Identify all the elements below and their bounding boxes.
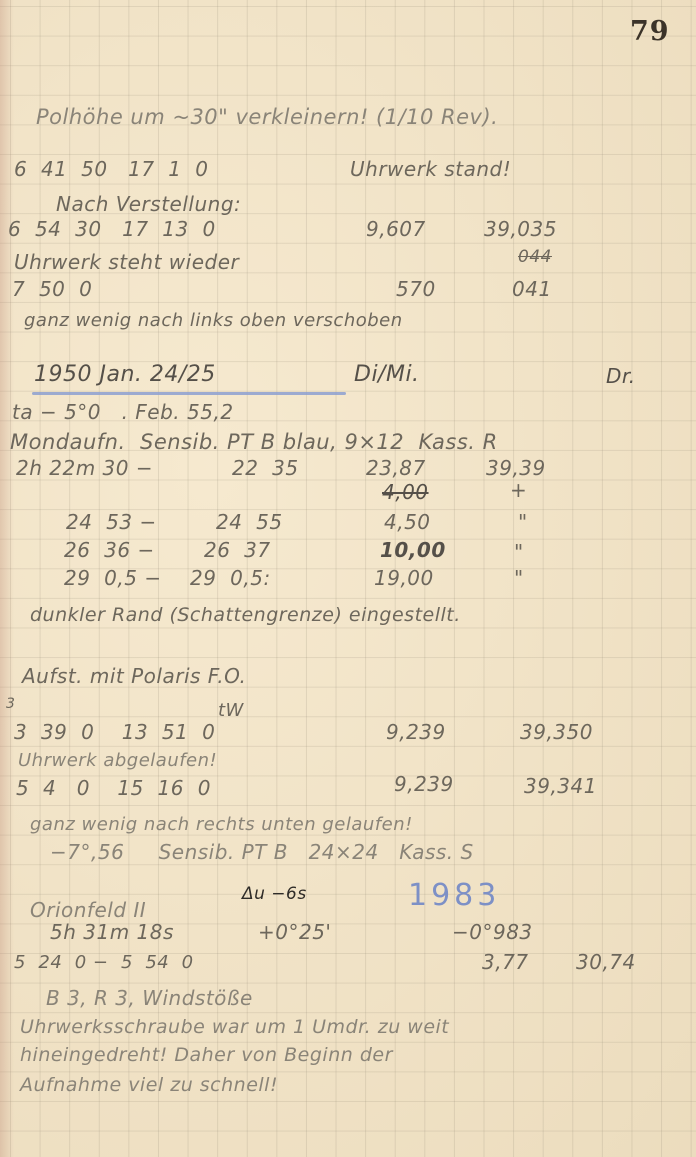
moon-row-2-value-1: 4,00 <box>382 480 429 504</box>
field-heading: Orionfeld II <box>30 898 146 922</box>
field-row-value-2: 30,74 <box>576 950 636 974</box>
moon-row-4-end: 26 37 <box>204 538 271 562</box>
blue-underline <box>32 392 346 395</box>
polaris-row-2-time: 5 4 0 15 16 0 <box>16 776 211 800</box>
row3-value-1: 570 <box>396 277 436 301</box>
observer-mark: Dr. <box>606 364 636 388</box>
blue-year: 1983 <box>408 878 500 913</box>
polaris-row-2-value-2: 39,341 <box>524 774 597 798</box>
row2-value-2: 39,035 <box>484 217 557 241</box>
film-line: −7°,56 Sensib. PT B 24×24 Kass. S <box>50 840 474 864</box>
tw-label: tW <box>218 700 244 721</box>
delta-u: Δu −6s <box>242 884 307 904</box>
moon-row-3-value-2: " <box>518 510 528 534</box>
moon-row-3-end: 24 55 <box>216 510 283 534</box>
moon-row-5-value-1: 19,00 <box>374 566 434 590</box>
closing-note-4: Aufnahme viel zu schnell! <box>20 1074 278 1096</box>
moon-row-5-start: 29 0,5 − <box>64 566 162 590</box>
moon-row-1-value-2: 39,39 <box>486 456 546 480</box>
polaris-row-1-time: 3 39 0 13 51 0 <box>14 720 215 744</box>
row3-note: ganz wenig nach links oben verschoben <box>24 310 403 331</box>
moon-row-5-value-2: " <box>514 566 524 590</box>
date-heading: 1950 Jan. 24/25 <box>34 362 216 387</box>
moon-row-1-end: 22 35 <box>232 456 299 480</box>
field-row-value-1: 3,77 <box>482 950 529 974</box>
polaris-note-1: Uhrwerk abgelaufen! <box>18 750 217 771</box>
field-ra: 5h 31m 18s <box>50 920 174 944</box>
page-edge-stain <box>0 0 14 1157</box>
row3-value-2: 041 <box>512 277 552 301</box>
field-row-time: 5 24 0 − 5 54 0 <box>14 952 194 973</box>
moon-row-4-start: 26 36 − <box>64 538 155 562</box>
field-value: −0°983 <box>452 920 533 944</box>
polaris-row-1-value-1: 9,239 <box>386 720 446 744</box>
polaris-row-2-value-1: 9,239 <box>394 772 454 796</box>
closing-note-2: Uhrwerksschraube war um 1 Umdr. zu weit <box>20 1016 449 1038</box>
moon-row-1-value-1: 23,87 <box>366 456 426 480</box>
polaris-row-1-value-2: 39,350 <box>520 720 593 744</box>
row1-time: 6 41 50 17 1 0 <box>14 157 208 181</box>
row2-time: 6 54 30 17 13 0 <box>8 217 216 241</box>
closing-note-3: hineingedreht! Daher von Beginn der <box>20 1044 393 1066</box>
moon-row-5-end: 29 0,5: <box>190 566 271 590</box>
moon-row-4-value-1: 10,00 <box>380 538 446 562</box>
field-dec: +0°25' <box>258 920 331 944</box>
moon-row-3-start: 24 53 − <box>66 510 157 534</box>
moon-note: dunkler Rand (Schattengrenze) eingestell… <box>30 604 461 626</box>
row1-subnote: Nach Verstellung: <box>56 192 241 216</box>
moon-row-3-value-1: 4,50 <box>384 510 431 534</box>
closing-note-1: B 3, R 3, Windstöße <box>46 986 253 1010</box>
polaris-note-2: ganz wenig nach rechts unten gelaufen! <box>30 814 413 835</box>
row2-value-1: 9,607 <box>366 217 426 241</box>
row3-time: 7 50 0 <box>12 277 92 301</box>
header-note: Polhöhe um ~30" verkleinern! (1/10 Rev). <box>36 105 498 129</box>
row2-note: Uhrwerk steht wieder <box>14 250 239 274</box>
moon-heading: Mondaufn. Sensib. PT B blau, 9×12 Kass. … <box>10 430 498 454</box>
moon-row-4-value-2: " <box>514 540 524 564</box>
polaris-heading: Aufst. mit Polaris F.O. <box>22 664 246 688</box>
temperature-line: ta − 5°0 . Feb. 55,2 <box>12 400 234 424</box>
row1-note: Uhrwerk stand! <box>350 157 511 181</box>
page-number: 79 <box>630 16 670 47</box>
moon-row-2-value-2: + <box>510 478 527 502</box>
row2-struck-value: 044 <box>518 247 552 267</box>
moon-row-1-start: 2h 22m 30 − <box>16 456 153 480</box>
marker-3: 3 <box>6 696 15 712</box>
weekday: Di/Mi. <box>354 362 420 387</box>
